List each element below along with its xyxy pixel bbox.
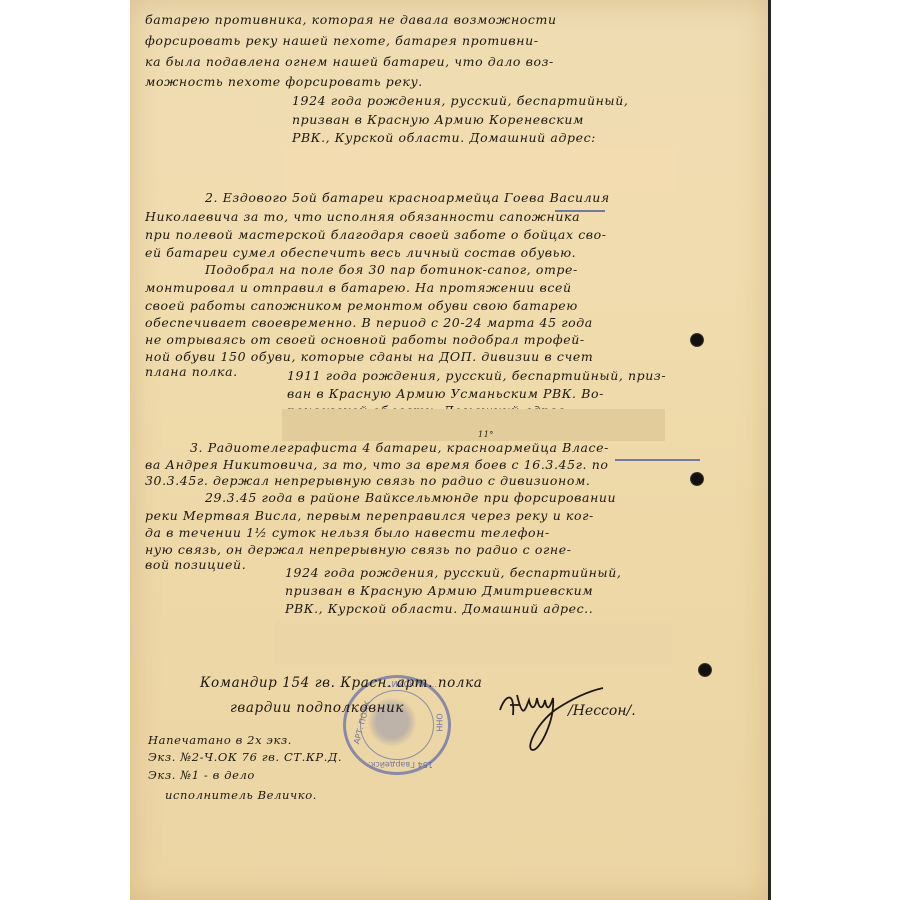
text-line: Николаевича за то, что исполняя обязанно… xyxy=(145,209,580,224)
text-line: вой позицией. xyxy=(145,557,246,572)
punch-hole xyxy=(690,472,704,486)
punch-hole xyxy=(698,663,712,677)
redacted-address-2 xyxy=(282,409,665,441)
bio-line: РВК., Курской области. Домашний адрес.. xyxy=(285,601,593,616)
redacted-address-1 xyxy=(285,146,678,193)
bio-line: 1924 года рождения, русский, беспартийны… xyxy=(285,565,621,580)
distribution-line: Напечатано в 2х экз. xyxy=(148,733,292,747)
commander-rank: гвардии подполковник xyxy=(230,700,404,716)
commander-title: Командир 154 гв. Красн. арт. полка xyxy=(200,675,482,691)
distribution-line: Экз. №2-Ч.ОК 76 гв. СТ.КР.Д. xyxy=(148,750,342,764)
text-line: монтировал и отправил в батарею. На прот… xyxy=(145,280,572,295)
text-line: реки Мертвая Висла, первым переправился … xyxy=(145,508,594,523)
bio-line: 1924 года рождения, русский, беспартийны… xyxy=(292,93,628,108)
signature-name: /Нессон/. xyxy=(568,703,636,719)
text-line: обеспечивает своевременно. В период с 20… xyxy=(145,315,593,330)
text-line: ной обуви 150 обуви, которые сданы на ДО… xyxy=(145,349,593,364)
bio-line: призван в Красную Армию Дмитриевским xyxy=(285,583,593,598)
text-line: своей работы сапожником ремонтом обуви с… xyxy=(145,298,578,313)
bio-line: призван в Красную Армию Кореневским xyxy=(292,112,584,127)
text-line: ка была подавлена огнем нашей батареи, ч… xyxy=(145,54,554,69)
text-line: плана полка. xyxy=(145,364,238,379)
distribution-line: исполнитель Величко. xyxy=(165,788,317,802)
superscript-mark: 11° xyxy=(478,430,494,439)
text-line: 3. Радиотелеграфиста 4 батареи, красноар… xyxy=(190,440,609,455)
text-line: ную связь, он держал непрерывную связь п… xyxy=(145,542,572,557)
text-line: Подобрал на поле боя 30 пар ботинок-сапо… xyxy=(205,262,578,277)
text-line: ва Андрея Никитовича, за то, что за врем… xyxy=(145,457,608,472)
text-line: не отрываясь от своей основной работы по… xyxy=(145,332,585,347)
bio-line: ван в Красную Армию Усманьским РВК. Во- xyxy=(287,386,604,401)
text-line: ей батареи сумел обеспечить весь личный … xyxy=(145,245,576,260)
text-line: 30.3.45г. держал непрерывную связь по ра… xyxy=(145,473,590,488)
text-line: батарею противника, которая не давала во… xyxy=(145,12,557,27)
distribution-line: Экз. №1 - в дело xyxy=(148,768,255,782)
bio-line: 1911 года рождения, русский, беспартийны… xyxy=(287,368,666,383)
text-line: 2. Ездового 5ой батареи красноармейца Го… xyxy=(205,190,610,205)
text-line: можность пехоте форсировать реку. xyxy=(145,74,423,89)
stamp-right-text: ОНН xyxy=(435,713,444,731)
punch-hole xyxy=(690,333,704,347)
redacted-address-3 xyxy=(275,620,672,665)
text-line: форсировать реку нашей пехоте, батарея п… xyxy=(145,33,539,48)
stamp-bottom-text: 154 Гвардейск. xyxy=(368,760,433,769)
bio-line: РВК., Курской области. Домашний адрес: xyxy=(292,130,596,145)
text-line: при полевой мастерской благодаря своей з… xyxy=(145,227,607,242)
text-line: да в течении 1½ суток нельзя было навест… xyxy=(145,525,550,540)
name-underline xyxy=(615,459,700,461)
text-line: 29.3.45 года в районе Вайксельмюнде при … xyxy=(205,490,616,505)
